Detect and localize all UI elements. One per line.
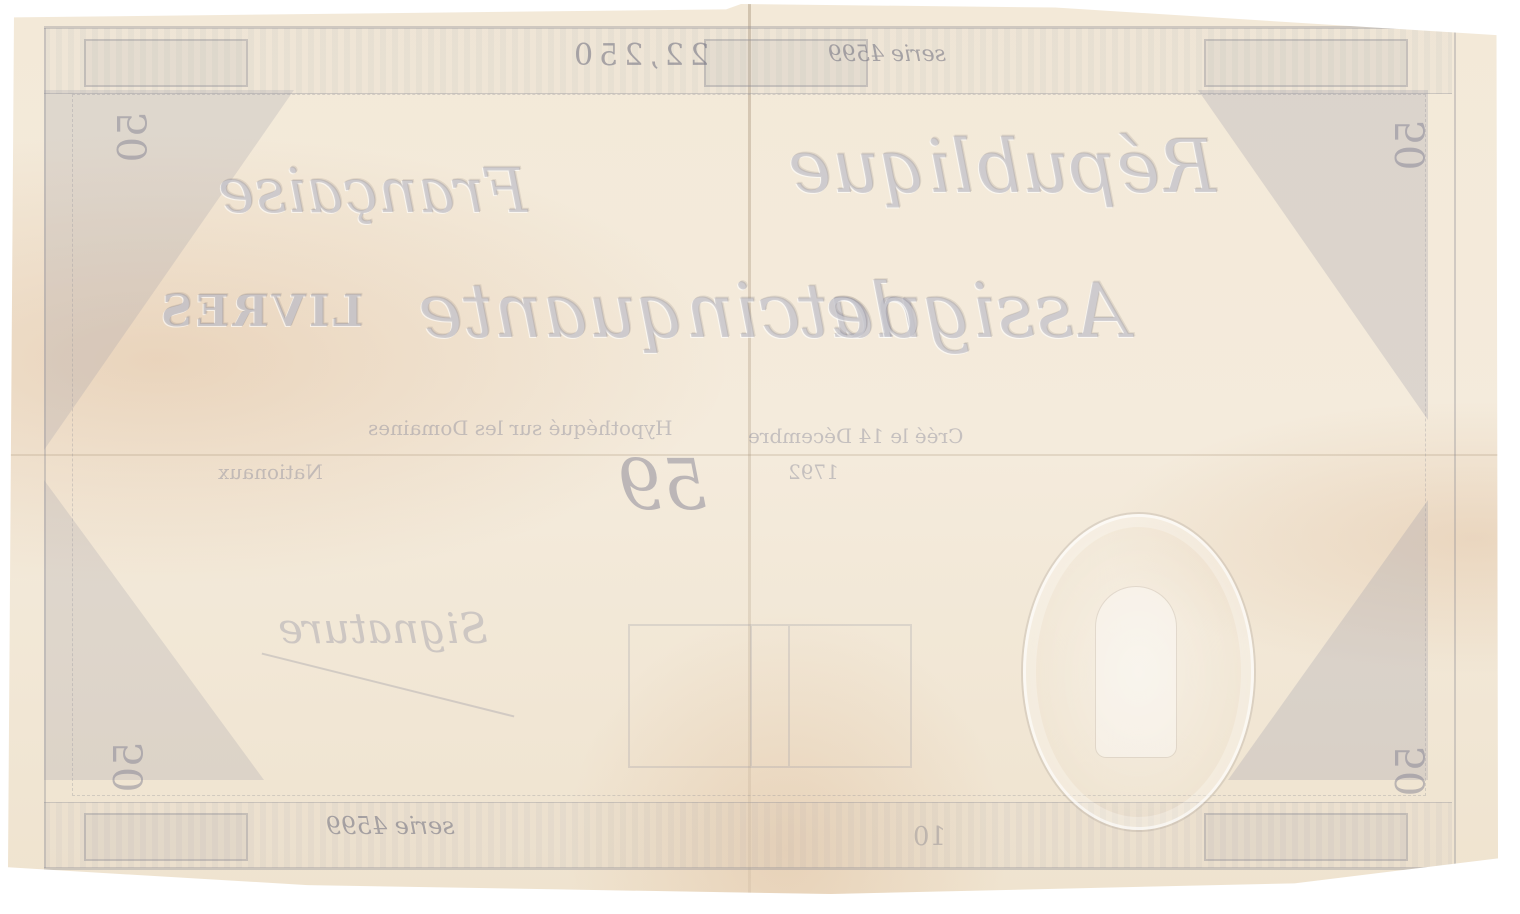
corner-value-top-right: 50 bbox=[1388, 120, 1434, 171]
small-text-left-2: Nationaux bbox=[218, 460, 323, 484]
word-livres: LIVRES bbox=[158, 286, 364, 337]
handwritten-number-text: 59 bbox=[618, 444, 707, 526]
title-francaise-text: Française bbox=[218, 154, 528, 227]
corner-value-top-left: 50 bbox=[110, 112, 156, 163]
corner-ornament-bottom-right bbox=[1228, 500, 1428, 780]
serie-top-text: serie 4599 bbox=[828, 42, 946, 67]
corner-ornament-top-left bbox=[44, 90, 294, 450]
small-text-right-2-text: 1792 bbox=[788, 460, 839, 484]
title-republique: République bbox=[788, 124, 1216, 210]
word-de-cinquante: de cinquante bbox=[418, 266, 919, 355]
corner-value-bottom-right: 50 bbox=[1388, 746, 1434, 797]
small-text-left-1: Hypothéqué sur les Domaines bbox=[368, 416, 672, 440]
corner-value-bottom-left: 50 bbox=[106, 742, 152, 793]
number-bottom: 10 bbox=[913, 822, 946, 852]
bottom-band bbox=[44, 802, 1452, 868]
seal-figure-icon bbox=[1096, 587, 1176, 757]
word-livres-text: LIVRES bbox=[158, 286, 364, 337]
number-bottom-text: 10 bbox=[913, 822, 946, 852]
word-de-cinquante-text: de cinquante bbox=[418, 266, 919, 355]
small-text-left-1-text: Hypothéqué sur les Domaines bbox=[368, 416, 672, 440]
top-box-right bbox=[1204, 39, 1408, 87]
title-republique-text: République bbox=[788, 124, 1216, 210]
bottom-box-right bbox=[1204, 813, 1408, 861]
ghost-stamp-block bbox=[628, 624, 912, 768]
serie-top: serie 4599 bbox=[828, 42, 946, 67]
embossed-seal-medallion bbox=[1023, 514, 1254, 830]
top-box-left bbox=[84, 39, 248, 87]
handwritten-number: 59 bbox=[618, 444, 707, 526]
title-francaise: Française bbox=[218, 154, 528, 227]
bottom-box-left bbox=[84, 813, 248, 861]
signature-text: Signature bbox=[278, 604, 488, 653]
signature: Signature bbox=[278, 604, 488, 653]
corner-ornament-bottom-left bbox=[44, 480, 264, 780]
small-text-right-1: Créé le 14 Décembre bbox=[748, 424, 963, 448]
serie-bottom: serie 4599 bbox=[326, 812, 455, 840]
serie-bottom-text: serie 4599 bbox=[326, 812, 455, 840]
top-band bbox=[44, 28, 1452, 94]
serial-number-text: 22,250 bbox=[568, 38, 709, 73]
small-text-left-2-text: Nationaux bbox=[218, 460, 323, 484]
banknote-reverse: 22,250 serie 4599 Française République A… bbox=[8, 4, 1504, 894]
serial-number: 22,250 bbox=[568, 38, 709, 73]
small-text-right-2: 1792 bbox=[788, 460, 839, 484]
small-text-right-1-text: Créé le 14 Décembre bbox=[748, 424, 963, 448]
